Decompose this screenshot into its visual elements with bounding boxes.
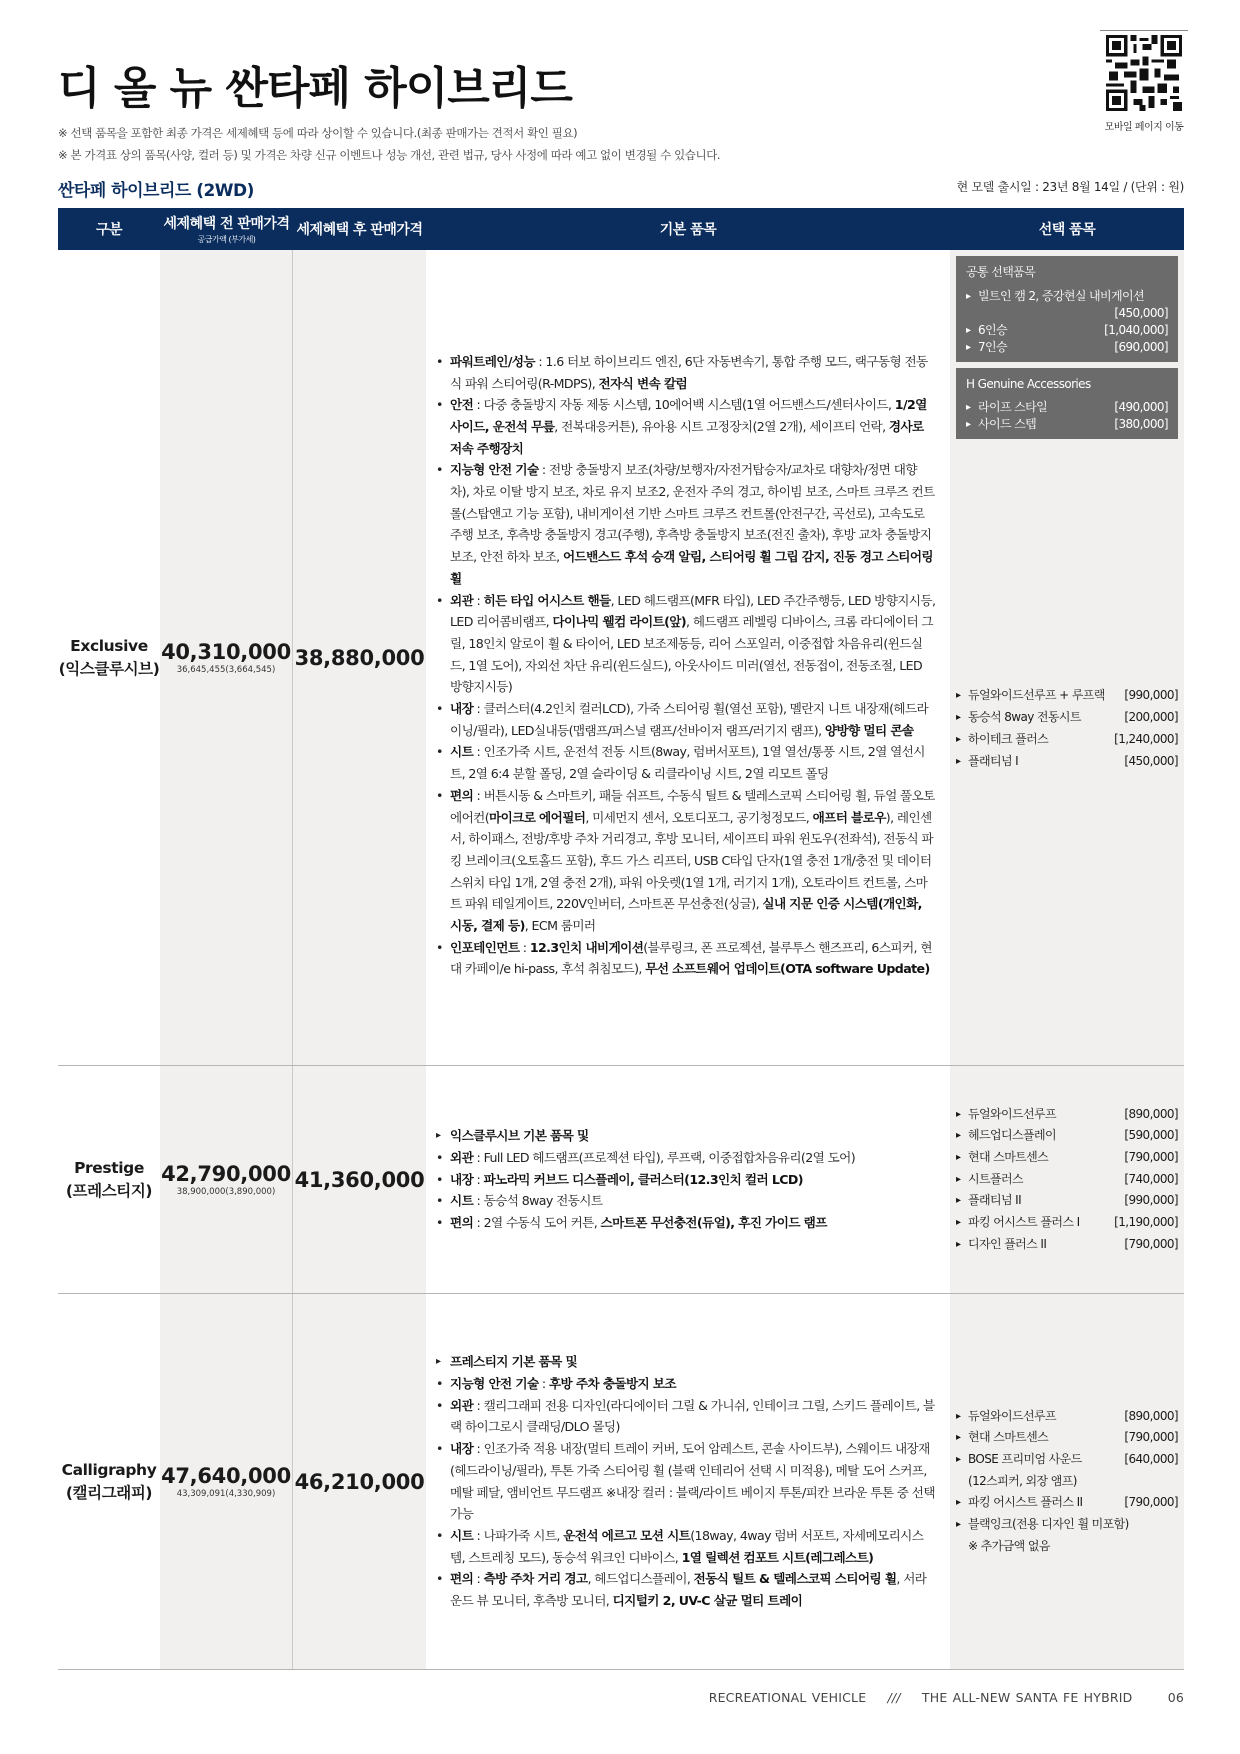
basic-item: 편의 : 측방 주차 거리 경고, 헤드업디스플레이, 전동식 틸트 & 텔레스…: [436, 1568, 936, 1611]
option-item: 현대 스마트센스[790,000]: [956, 1427, 1178, 1449]
section-title: 싼타페 하이브리드 (2WD): [58, 176, 254, 201]
header-price-before: 세제혜택 전 판매가격 공급가액 (부가세): [160, 208, 293, 250]
price-after-value: 46,210,000: [295, 1470, 425, 1494]
basic-item: 시트 : 나파가죽 시트, 운전석 에르고 모션 시트(18way, 4way …: [436, 1525, 936, 1568]
option-item: 디자인 플러스 II[790,000]: [956, 1234, 1178, 1256]
price-table: 구분 세제혜택 전 판매가격 공급가액 (부가세) 세제혜택 후 판매가격 기본…: [58, 208, 1184, 1670]
footer-category: RECREATIONAL VEHICLE: [709, 1690, 867, 1705]
basic-items: 파워트레인/성능 : 1.6 터보 하이브리드 엔진, 6단 자동변속기, 통합…: [426, 250, 950, 1065]
note-2: ※ 본 가격표 상의 품목(사양, 컬러 등) 및 가격은 차량 신규 이벤트나…: [58, 144, 720, 166]
option-item: 듀얼와이드선루프[890,000]: [956, 1104, 1178, 1126]
option-item-note: ※ 추가금액 없음: [956, 1536, 1178, 1558]
price-before-value: 47,640,000: [161, 1464, 291, 1488]
option-item: 현대 스마트센스[790,000]: [956, 1147, 1178, 1169]
price-after-value: 38,880,000: [295, 646, 425, 670]
basic-lead: 프레스티지 기본 품목 및: [436, 1351, 936, 1373]
header-price-before-sub: 공급가액 (부가세): [198, 234, 256, 245]
release-date-unit: 현 모델 출시일 : 23년 8월 14일 / (단위 : 원): [957, 178, 1184, 195]
trim-en: Exclusive: [70, 635, 148, 658]
option-item: 헤드업디스플레이[590,000]: [956, 1125, 1178, 1147]
price-after: 41,360,000: [293, 1066, 426, 1293]
option-item: 사이드 스텝[380,000]: [966, 416, 1168, 433]
basic-item: 파워트레인/성능 : 1.6 터보 하이브리드 엔진, 6단 자동변속기, 통합…: [436, 351, 936, 394]
page-footer: RECREATIONAL VEHICLE /// THE ALL-NEW SAN…: [709, 1690, 1184, 1705]
header-options: 선택 품목: [950, 208, 1184, 250]
qr-label: 모바일 페이지 이동: [1098, 118, 1190, 133]
header-price-after: 세제혜택 후 판매가격: [293, 208, 426, 250]
basic-item: 시트 : 동승석 8way 전동시트: [436, 1190, 936, 1212]
table-row-exclusive: Exclusive (익스클루시브) 40,310,000 36,645,455…: [58, 250, 1184, 1066]
basic-item: 인포테인먼트 : 12.3인치 내비게이션(블루링크, 폰 프로젝션, 블루투스…: [436, 937, 936, 980]
option-item: 듀얼와이드선루프 + 루프랙[990,000]: [956, 685, 1178, 707]
price-before: 40,310,000 36,645,455(3,664,545): [160, 250, 293, 1065]
option-item: 시트플러스[740,000]: [956, 1169, 1178, 1191]
basic-item: 내장 : 파노라믹 커브드 디스플레이, 클러스터(12.3인치 컬러 LCD): [436, 1169, 936, 1191]
option-item: BOSE 프리미엄 사운드[640,000]: [956, 1449, 1178, 1471]
option-item: 파킹 어시스트 플러스 II[790,000]: [956, 1492, 1178, 1514]
option-item: 빌트인 캠 2, 증강현실 내비게이션: [966, 288, 1168, 305]
option-item: 동승석 8way 전동시트[200,000]: [956, 707, 1178, 729]
trim-ko: (캘리그래피): [66, 1482, 152, 1505]
note-1: ※ 선택 품목을 포함한 최종 가격은 세제혜택 등에 따라 상이할 수 있습니…: [58, 122, 720, 144]
qr-block[interactable]: 모바일 페이지 이동: [1098, 30, 1190, 133]
footer-model: THE ALL-NEW SANTA FE HYBRID: [922, 1690, 1133, 1705]
trim-name: Calligraphy (캘리그래피): [58, 1294, 160, 1669]
basic-item: 내장 : 클러스터(4.2인치 컬러LCD), 가죽 스티어링 휠(열선 포함)…: [436, 698, 936, 741]
qr-code-icon[interactable]: [1106, 35, 1182, 111]
basic-item: 외관 : 캘리그래피 전용 디자인(라디에이터 그릴 & 가니쉬, 인테이크 그…: [436, 1395, 936, 1438]
trim-en: Prestige: [74, 1157, 144, 1180]
price-before-sub: 36,645,455(3,664,545): [177, 665, 276, 675]
price-before: 47,640,000 43,309,091(4,330,909): [160, 1294, 293, 1669]
option-item: 7인승[690,000]: [966, 339, 1168, 356]
option-items: 듀얼와이드선루프[890,000] 현대 스마트센스[790,000] BOSE…: [950, 1294, 1184, 1669]
accessories-title: H Genuine Accessories: [966, 374, 1168, 396]
option-item: 하이테크 플러스[1,240,000]: [956, 729, 1178, 751]
option-item: 플래티넘 II[990,000]: [956, 1190, 1178, 1212]
trim-ko: (익스클루시브): [59, 658, 160, 681]
basic-item: 외관 : 히든 타입 어시스트 핸들, LED 헤드램프(MFR 타입), LE…: [436, 590, 936, 699]
table-row-prestige: Prestige (프레스티지) 42,790,000 38,900,000(3…: [58, 1066, 1184, 1294]
basic-item: 지능형 안전 기술 : 후방 주차 충돌방지 보조: [436, 1373, 936, 1395]
exclusive-options: 듀얼와이드선루프 + 루프랙[990,000] 동승석 8way 전동시트[20…: [956, 685, 1178, 772]
trim-name: Prestige (프레스티지): [58, 1066, 160, 1293]
basic-item: 안전 : 다중 충돌방지 자동 제동 시스템, 10에어백 시스템(1열 어드밴…: [436, 394, 936, 459]
price-after: 46,210,000: [293, 1294, 426, 1669]
price-before-value: 42,790,000: [161, 1162, 291, 1186]
page-title: 디 올 뉴 싼타페 하이브리드: [58, 52, 572, 116]
option-item: 6인승[1,040,000]: [966, 322, 1168, 339]
table-row-calligraphy: Calligraphy (캘리그래피) 47,640,000 43,309,09…: [58, 1294, 1184, 1670]
table-header: 구분 세제혜택 전 판매가격 공급가액 (부가세) 세제혜택 후 판매가격 기본…: [58, 208, 1184, 250]
basic-items: 프레스티지 기본 품목 및 지능형 안전 기술 : 후방 주차 충돌방지 보조 …: [426, 1294, 950, 1669]
footer-separator: ///: [887, 1690, 900, 1705]
option-item-note: (12스피커, 외장 앰프): [956, 1471, 1178, 1493]
common-options-box: 공통 선택품목 빌트인 캠 2, 증강현실 내비게이션 [450,000] 6인…: [956, 256, 1178, 362]
option-item: 듀얼와이드선루프[890,000]: [956, 1406, 1178, 1428]
basic-items: 익스클루시브 기본 품목 및 외관 : Full LED 헤드램프(프로젝션 타…: [426, 1066, 950, 1293]
common-options-title: 공통 선택품목: [966, 262, 1168, 284]
price-after: 38,880,000: [293, 250, 426, 1065]
basic-item: 외관 : Full LED 헤드램프(프로젝션 타입), 루프랙, 이중접합차음…: [436, 1147, 936, 1169]
header-trim: 구분: [58, 208, 160, 250]
basic-item: 시트 : 인조가죽 시트, 운전석 전동 시트(8way, 럼버서포트), 1열…: [436, 741, 936, 784]
option-item: 파킹 어시스트 플러스 I[1,190,000]: [956, 1212, 1178, 1234]
basic-item: 내장 : 인조가죽 적용 내장(멀티 트레이 커버, 도어 암레스트, 콘솔 사…: [436, 1438, 936, 1525]
price-before-sub: 38,900,000(3,890,000): [177, 1187, 276, 1197]
basic-item: 편의 : 2열 수동식 도어 커튼, 스마트폰 무선충전(듀얼), 후진 가이드…: [436, 1212, 936, 1234]
trim-en: Calligraphy: [62, 1459, 157, 1482]
option-items: 공통 선택품목 빌트인 캠 2, 증강현실 내비게이션 [450,000] 6인…: [950, 250, 1184, 1065]
option-item: 라이프 스타일[490,000]: [966, 399, 1168, 416]
trim-name: Exclusive (익스클루시브): [58, 250, 160, 1065]
price-before-value: 40,310,000: [161, 640, 291, 664]
price-before-sub: 43,309,091(4,330,909): [177, 1489, 276, 1499]
trim-ko: (프레스티지): [66, 1180, 152, 1203]
option-item: 플래티넘 I[450,000]: [956, 751, 1178, 773]
option-items: 듀얼와이드선루프[890,000] 헤드업디스플레이[590,000] 현대 스…: [950, 1066, 1184, 1293]
option-item: 블랙잉크(전용 디자인 휠 미포함): [956, 1514, 1178, 1536]
option-item-price: [450,000]: [966, 305, 1168, 322]
header-basic: 기본 품목: [426, 208, 950, 250]
divider: [1100, 30, 1188, 31]
page-number: 06: [1168, 1690, 1184, 1705]
basic-lead: 익스클루시브 기본 품목 및: [436, 1125, 936, 1147]
header-price-before-label: 세제혜택 전 판매가격: [164, 213, 290, 233]
price-before: 42,790,000 38,900,000(3,890,000): [160, 1066, 293, 1293]
notes: ※ 선택 품목을 포함한 최종 가격은 세제혜택 등에 따라 상이할 수 있습니…: [58, 122, 720, 166]
accessories-box: H Genuine Accessories 라이프 스타일[490,000] 사…: [956, 368, 1178, 440]
basic-item: 지능형 안전 기술 : 전방 충돌방지 보조(차량/보행자/자전거탑승자/교차로…: [436, 459, 936, 589]
price-after-value: 41,360,000: [295, 1168, 425, 1192]
basic-item: 편의 : 버튼시동 & 스마트키, 패들 쉬프트, 수동식 틸트 & 텔레스코픽…: [436, 785, 936, 937]
